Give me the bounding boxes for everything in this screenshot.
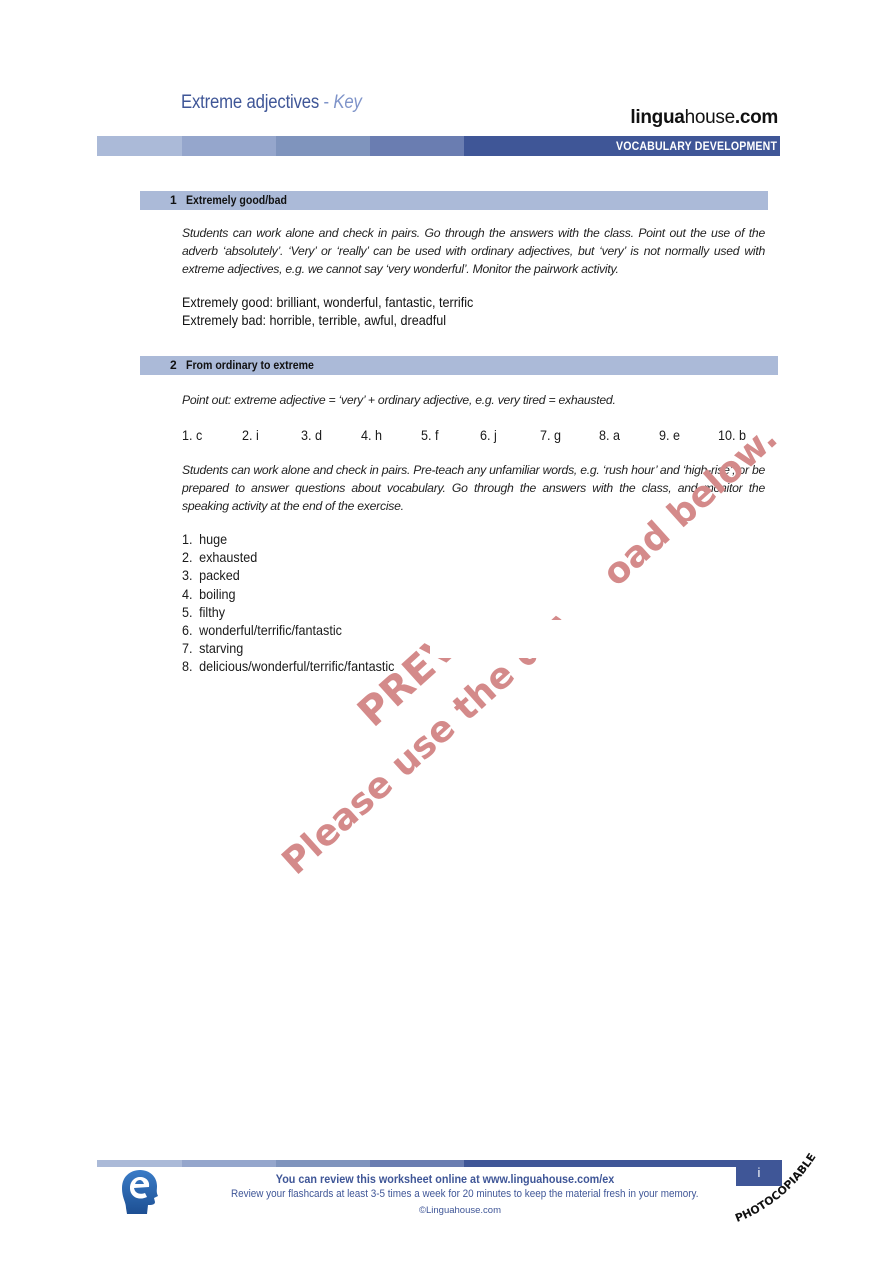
category-label: VOCABULARY DEVELOPMENT	[464, 136, 780, 156]
matching-answer: 8. a	[599, 427, 620, 443]
matching-answer: 7. g	[540, 427, 561, 443]
matching-answer: 2. i	[242, 427, 259, 443]
brand-regular: house	[685, 107, 735, 128]
matching-answer: 1. c	[182, 427, 202, 443]
list-item: 8.delicious/wonderful/terrific/fantastic	[182, 657, 394, 675]
list-item: 7.starving	[182, 639, 394, 657]
section-1-teacher-note: Students can work alone and check in pai…	[182, 224, 765, 278]
list-item: 2.exhausted	[182, 548, 394, 566]
header-stripe-2	[182, 136, 276, 156]
matching-answer: 4. h	[361, 427, 382, 443]
section-number: 1	[170, 191, 177, 210]
matching-answer: 6. j	[480, 427, 497, 443]
matching-answer: 9. e	[659, 427, 680, 443]
answer-line-bad: Extremely bad: horrible, terrible, awful…	[182, 311, 446, 329]
answers-list: 1.huge 2.exhausted 3.packed 4.boiling 5.…	[182, 530, 418, 676]
brand-bold: lingua	[630, 107, 684, 128]
footer-flashcards-tip: Review your flashcards at least 3-5 time…	[180, 1188, 750, 1200]
title-text: Extreme adjectives	[181, 92, 319, 113]
list-item: 5.filthy	[182, 603, 394, 621]
list-item: 6.wonderful/terrific/fantastic	[182, 621, 394, 639]
section-title: From ordinary to extreme	[186, 356, 314, 375]
footer-stripe-3	[276, 1160, 370, 1167]
brand-logo: linguahouse.com	[630, 107, 778, 129]
document-title: Extreme adjectives - Key	[181, 92, 362, 114]
e-head-logo-icon	[120, 1168, 160, 1216]
title-separator: -	[319, 92, 333, 113]
section-number: 2	[170, 356, 177, 375]
answer-line-good: Extremely good: brilliant, wonderful, fa…	[182, 293, 473, 311]
matching-answer: 5. f	[421, 427, 439, 443]
section-title: Extremely good/bad	[186, 191, 287, 210]
watermark-mask	[430, 620, 575, 658]
list-item: 1.huge	[182, 530, 394, 548]
footer-review-online: You can review this worksheet online at …	[180, 1172, 710, 1186]
section-1-header: 1 Extremely good/bad	[140, 191, 768, 210]
footer-stripe-5	[464, 1160, 736, 1167]
footer-copyright: ©Linguahouse.com	[380, 1205, 540, 1216]
section-2-header: 2 From ordinary to extreme	[140, 356, 778, 375]
footer-stripe-2	[182, 1160, 276, 1167]
brand-tld: .com	[735, 107, 778, 128]
matching-answer: 3. d	[301, 427, 322, 443]
footer-stripe-4	[370, 1160, 464, 1167]
list-item: 3.packed	[182, 566, 394, 584]
title-key-suffix: Key	[333, 92, 361, 113]
photocopiable-stamp: PHOTOCOPIABLE	[735, 1150, 830, 1225]
header-stripe-3	[276, 136, 370, 156]
footer-stripe-1	[97, 1160, 182, 1167]
header-stripe-1	[97, 136, 182, 156]
section-2-teacher-note: Point out: extreme adjective = ‘very’ + …	[182, 391, 765, 409]
svg-text:PHOTOCOPIABLE: PHOTOCOPIABLE	[735, 1151, 819, 1225]
list-item: 4.boiling	[182, 585, 394, 603]
header-stripe-4	[370, 136, 464, 156]
